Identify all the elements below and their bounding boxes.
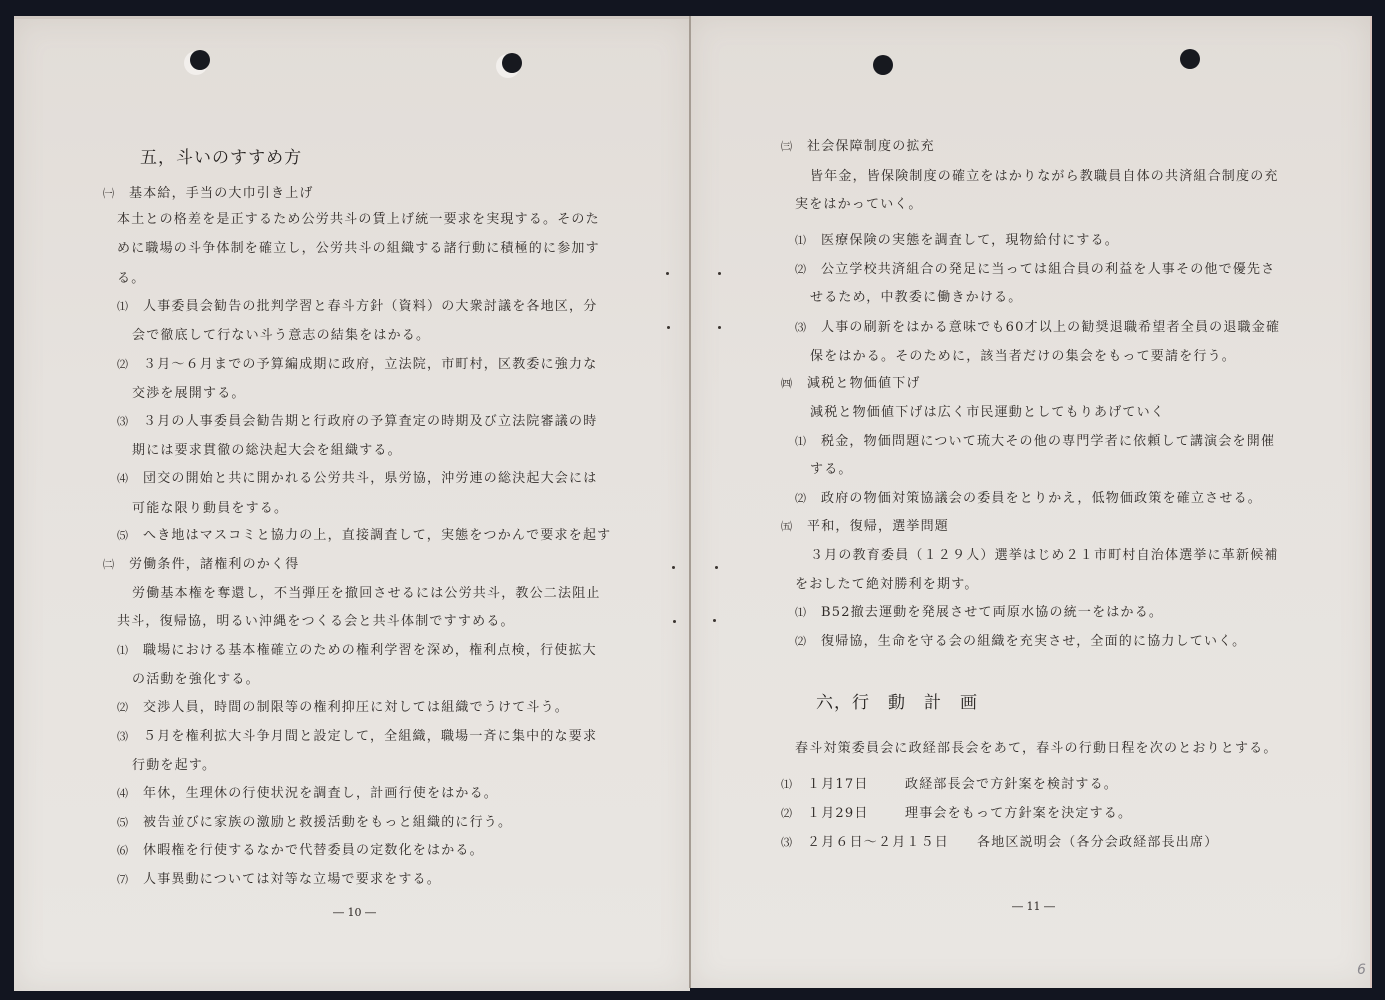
- punch-hole: [190, 50, 210, 70]
- staple-hole: [673, 620, 676, 623]
- list-item: ⑷団交の開始と共に開かれる公労共斗，県労協，沖労連の総決起大会には: [117, 467, 597, 486]
- list-item: ⑵公立学校共済組合の発足に当っては組合員の利益を人事その他で優先さ: [795, 258, 1275, 277]
- paragraph-line: 実をはかっていく。: [795, 193, 923, 212]
- schedule-item: ⑵１月29日理事会をもって方針案を決定する。: [781, 802, 1132, 821]
- schedule-item: ⑴１月17日政経部長会で方針案を検討する。: [781, 773, 1118, 792]
- subsection-4-title: ㈣減税と物価値下げ: [781, 372, 921, 391]
- list-item-continued: 会で徹底して行ない斗う意志の結集をはかる。: [132, 324, 430, 343]
- subsection-marker: ㈣: [781, 375, 807, 391]
- paragraph-line: る。: [117, 267, 145, 286]
- subsection-2-title: ㈡労働条件，諸権利のかく得: [103, 553, 299, 572]
- list-item: ⑴人事委員会勧告の批判学習と春斗方針（資料）の大衆討議を各地区，分: [117, 295, 597, 314]
- paragraph-line: 共斗，復帰協，明るい沖縄をつくる会と共斗体制ですすめる。: [117, 610, 515, 629]
- punch-hole: [1180, 49, 1200, 69]
- list-item-continued: の活動を強化する。: [132, 668, 260, 687]
- punch-hole: [502, 53, 522, 73]
- staple-hole: [713, 619, 716, 622]
- list-item-continued: 交渉を展開する。: [132, 382, 246, 401]
- section-heading-5: 五，斗いのすすめ方: [140, 143, 302, 168]
- schedule-item: ⑶２月６日～２月１５日各地区説明会（各分会政経部長出席）: [781, 831, 1218, 850]
- list-item: ⑴B52撤去運動を発展させて両原水協の統一をはかる。: [795, 601, 1163, 620]
- staple-hole: [667, 326, 670, 329]
- list-item: ⑺人事異動については対等な立場で要求をする。: [117, 868, 441, 887]
- paragraph-line: 減税と物価値下げは広く市民運動としてもりあげていく: [810, 401, 1165, 420]
- page-number: ― 10 ―: [333, 906, 376, 919]
- subsection-3-title: ㈢社会保障制度の拡充: [781, 135, 935, 154]
- paragraph-line: をおしたて絶対勝利を期す。: [795, 573, 979, 592]
- staple-hole: [672, 566, 675, 569]
- paragraph-line: 春斗対策委員会に政経部長会をあて，春斗の行動日程を次のとおりとする。: [795, 737, 1278, 756]
- list-item: ⑶３月の人事委員会勧告期と行政府の予算査定の時期及び立法院審議の時: [117, 410, 597, 429]
- list-item: ⑶５月を権利拡大斗争月間と設定して，全組織，職場一斉に集中的な要求: [117, 725, 597, 744]
- paragraph-line: 皆年金，皆保険制度の確立をはかりながら教職員自体の共済組合制度の充: [810, 165, 1279, 184]
- list-item-continued: 期には要求貫徹の総決起大会を組織する。: [132, 439, 402, 458]
- subsection-5-title: ㈤平和，復帰，選挙問題: [781, 515, 949, 534]
- list-item: ⑷年休，生理休の行使状況を調査し，計画行使をはかる。: [117, 782, 498, 801]
- list-item-continued: する。: [810, 458, 853, 477]
- list-item: ⑵交渉人員，時間の制限等の権利抑圧に対しては組織でうけて斗う。: [117, 696, 569, 715]
- list-item: ⑸被告並びに家族の激励と救援活動をもっと組織的に行う。: [117, 811, 512, 830]
- page-number: ― 11 ―: [1012, 900, 1055, 913]
- paragraph-line: ３月の教育委員（１２９人）選挙はじめ２１市町村自治体選挙に革新候補: [810, 544, 1279, 563]
- list-item: ⑴税金，物価問題について琉大その他の専門学者に依頼して講演会を開催: [795, 430, 1275, 449]
- list-item-continued: 保をはかる。そのために，該当者だけの集会をもって要請を行う。: [810, 345, 1236, 364]
- subsection-1-title: ㈠基本給，手当の大巾引き上げ: [103, 182, 314, 201]
- staple-hole: [715, 566, 718, 569]
- staple-hole: [718, 272, 721, 275]
- list-item: ⑴職場における基本権確立のための権利学習を深め，権利点検，行使拡大: [117, 639, 597, 658]
- subsection-marker: ㈤: [781, 518, 807, 534]
- list-item: ⑵３月～６月までの予算編成期に政府，立法院，市町村，区教委に強力な: [117, 353, 597, 372]
- punch-hole: [873, 55, 893, 75]
- list-item: ⑵復帰協，生命を守る会の組織を充実させ，全面的に協力していく。: [795, 630, 1246, 649]
- list-item: ⑶人事の刷新をはかる意味でも60才以上の勧奨退職希望者全員の退職金確: [795, 316, 1280, 335]
- subsection-marker: ㈠: [103, 185, 129, 201]
- list-item: ⑹休暇権を行使するなかで代替委員の定数化をはかる。: [117, 839, 484, 858]
- paragraph-line: 労働基本権を奪還し，不当弾圧を撤回させるには公労共斗，教公二法阻止: [132, 582, 601, 601]
- section-heading-6: 六，行 動 計 画: [816, 688, 978, 713]
- staple-hole: [666, 272, 669, 275]
- paragraph-line: めに職場の斗争体制を確立し，公労共斗の組織する諸行動に積極的に参加す: [117, 237, 600, 256]
- list-item: ⑴医療保険の実態を調査して，現物給付にする。: [795, 229, 1119, 248]
- subsection-marker: ㈡: [103, 556, 129, 572]
- subsection-marker: ㈢: [781, 138, 807, 154]
- list-item-continued: せるため，中教委に働きかける。: [810, 286, 1022, 305]
- list-item-continued: 行動を起す。: [132, 754, 216, 773]
- list-item: ⑸へき地はマスコミと協力の上，直接調査して，実態をつかんで要求を起す: [117, 524, 611, 543]
- handwritten-note: 6: [1357, 962, 1366, 978]
- book-spine: [689, 16, 691, 988]
- list-item-continued: 可能な限り動員をする。: [132, 497, 288, 516]
- list-item: ⑵政府の物価対策協議会の委員をとりかえ，低物価政策を確立させる。: [795, 487, 1262, 506]
- staple-hole: [718, 326, 721, 329]
- paragraph-line: 本土との格差を是正するため公労共斗の賃上げ統一要求を実現する。そのた: [117, 208, 600, 227]
